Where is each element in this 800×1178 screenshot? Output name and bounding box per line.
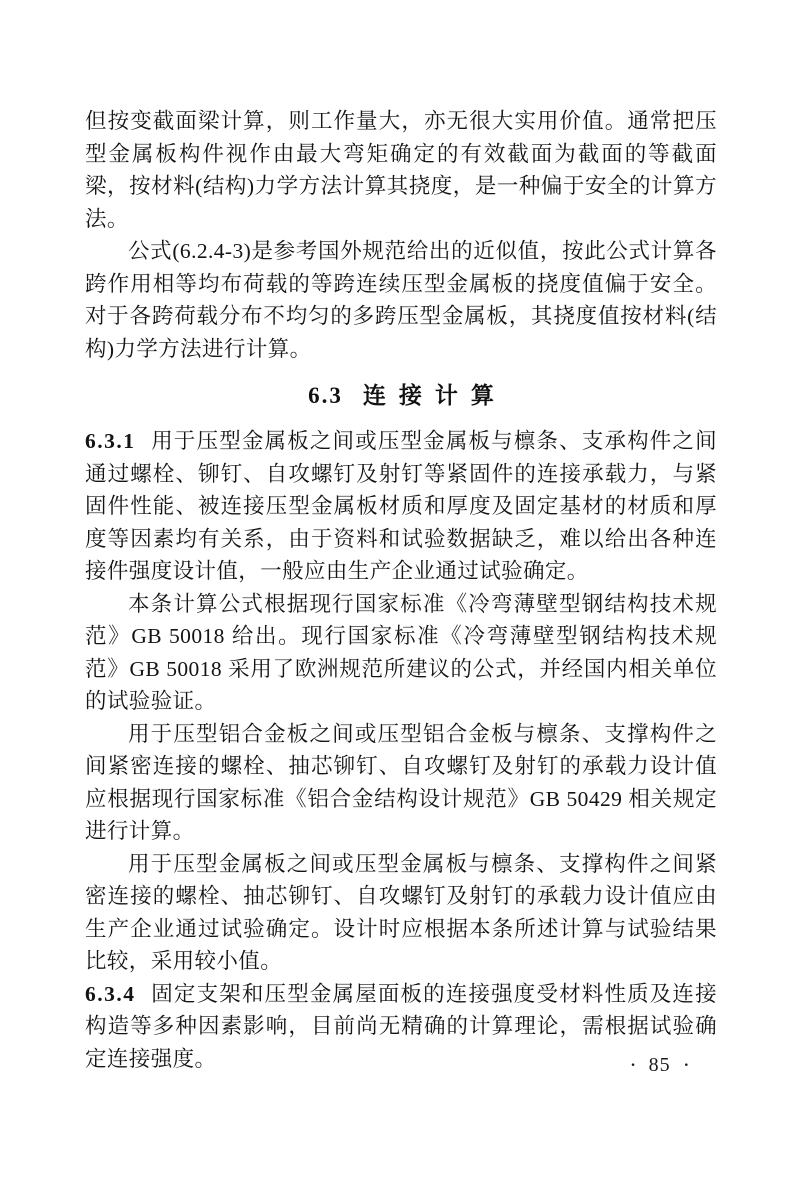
section-number: 6.3 [308,383,343,408]
section-title: 连接计算 [363,383,507,408]
clause-6-3-4-paragraph: 6.3.4固定支架和压型金属屋面板的连接强度受材料性质及连接构造等多种因素影响，… [85,978,717,1076]
section-heading-6-3: 6.3连接计算 [85,381,717,411]
paragraph-gb50018-reference: 本条计算公式根据现行国家标准《冷弯薄壁型钢结构技术规范》GB 50018 给出。… [85,588,717,718]
clause-number-6-3-4: 6.3.4 [85,982,136,1006]
page-number-value: 85 [649,1053,671,1077]
clause-number-6-3-1: 6.3.1 [85,429,136,453]
page-number: · 85 · [629,1053,690,1077]
clause-6-3-1-paragraph: 6.3.1用于压型金属板之间或压型金属板与檩条、支承构件之间通过螺栓、铆钉、自攻… [85,425,717,588]
page-number-right-dot: · [683,1053,690,1077]
paragraph-variable-section-beam: 但按变截面梁计算，则工作量大，亦无很大实用价值。通常把压型金属板构件视作由最大弯… [85,105,717,235]
paragraph-metal-panels-testing: 用于压型金属板之间或压型金属板与檩条、支撑构件之间紧密连接的螺栓、抽芯铆钉、自攻… [85,848,717,978]
clause-6-3-4-text: 固定支架和压型金属屋面板的连接强度受材料性质及连接构造等多种因素影响，目前尚无精… [85,982,717,1071]
page-number-left-dot: · [629,1053,636,1077]
clause-6-3-1-text: 用于压型金属板之间或压型金属板与檩条、支承构件之间通过螺栓、铆钉、自攻螺钉及射钉… [85,429,717,583]
document-page: 但按变截面梁计算，则工作量大，亦无很大实用价值。通常把压型金属板构件视作由最大弯… [0,0,800,1178]
text-block: 但按变截面梁计算，则工作量大，亦无很大实用价值。通常把压型金属板构件视作由最大弯… [85,105,717,1075]
paragraph-deflection-formula: 公式(6.2.4-3)是参考国外规范给出的近似值，按此公式计算各跨作用相等均布荷… [85,235,717,365]
paragraph-aluminium-panels: 用于压型铝合金板之间或压型铝合金板与檩条、支撑构件之间紧密连接的螺栓、抽芯铆钉、… [85,718,717,848]
